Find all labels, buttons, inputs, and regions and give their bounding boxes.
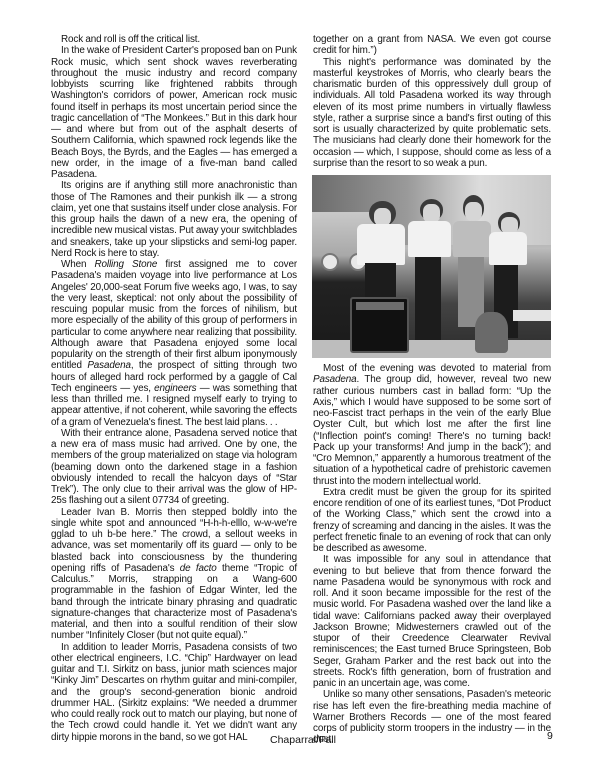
article-paragraph: It was impossible for any soul in attend… bbox=[313, 554, 551, 689]
photo-person-face bbox=[423, 204, 440, 222]
footer-publication-title: Chaparral/Fall bbox=[270, 734, 336, 746]
article-paragraph: This night's performance was dominated b… bbox=[313, 57, 551, 170]
right-column-top-text: together on a grant from NASA. We even g… bbox=[313, 34, 551, 169]
article-paragraph: Its origins are if anything still more a… bbox=[51, 180, 297, 259]
article-paragraph: Unlike so many other sensations, Pasaden… bbox=[313, 689, 551, 745]
photo-table bbox=[513, 310, 551, 321]
photo-person-shirt bbox=[357, 224, 405, 264]
article-paragraph: In the wake of President Carter's propos… bbox=[51, 45, 297, 180]
article-paragraph: together on a grant from NASA. We even g… bbox=[313, 34, 551, 57]
right-column-bottom-text: Most of the evening was devoted to mater… bbox=[313, 363, 551, 746]
photo-floor bbox=[312, 340, 551, 358]
article-paragraph: Leader Ivan B. Morris then stepped boldl… bbox=[51, 507, 297, 642]
tape-reel-icon bbox=[321, 253, 339, 271]
band-photo bbox=[312, 175, 551, 358]
photo-person-pants bbox=[415, 257, 441, 339]
photo-person-shirt bbox=[489, 232, 527, 265]
photo-person-face bbox=[465, 202, 482, 220]
article-paragraph: Rock and roll is off the critical list. bbox=[51, 34, 297, 45]
article-paragraph: In addition to leader Morris, Pasadena c… bbox=[51, 642, 297, 743]
photo-chair bbox=[475, 312, 508, 352]
photo-person-shirt bbox=[453, 221, 491, 258]
article-left-column: Rock and roll is off the critical list.I… bbox=[51, 34, 297, 743]
photo-person-shirt bbox=[408, 221, 451, 258]
page-number: 9 bbox=[547, 730, 553, 742]
guitar-amplifier bbox=[350, 297, 409, 352]
article-paragraph: Extra credit must be given the group for… bbox=[313, 487, 551, 555]
article-paragraph: With their entrance alone, Pasadena serv… bbox=[51, 428, 297, 507]
article-paragraph: Most of the evening was devoted to mater… bbox=[313, 363, 551, 487]
article-right-column: together on a grant from NASA. We even g… bbox=[313, 34, 551, 746]
article-paragraph: When Rolling Stone first assigned me to … bbox=[51, 259, 297, 428]
